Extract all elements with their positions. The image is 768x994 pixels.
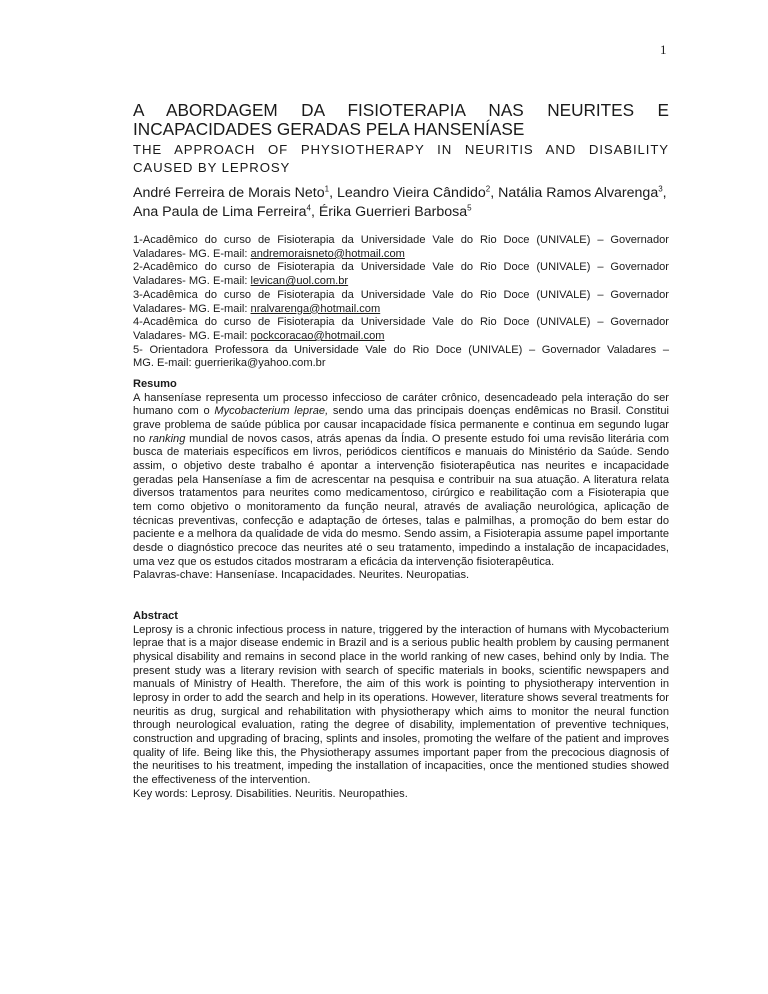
author-name: Érika Guerrieri Barbosa [319,204,467,220]
affiliation-prefix: Valadares- MG. E-mail: [133,248,251,260]
affiliation-text: 2-Acadêmico do curso de Fisioterapia da … [133,261,669,275]
email-link[interactable]: andremoraisneto@hotmail.com [251,248,405,260]
affiliation-text: 1-Acadêmico do curso de Fisioterapia da … [133,234,669,248]
page-number: 1 [660,42,667,58]
author-list: André Ferreira de Morais Neto1, Leandro … [133,184,669,221]
resumo-keywords: Palavras-chave: Hanseníase. Incapacidade… [133,569,669,583]
affiliations: 1-Acadêmico do curso de Fisioterapia da … [133,234,669,371]
abstract-keywords: Key words: Leprosy. Disabilities. Neurit… [133,788,669,802]
author-name: Leandro Vieira Cândido [337,185,486,201]
author-name: André Ferreira de Morais Neto [133,185,325,201]
author-name: Natália Ramos Alvarenga [498,185,658,201]
affiliation-contact: Valadares- MG. E-mail: pockcoracao@hotma… [133,330,669,344]
affiliation-text: 3-Acadêmica do curso de Fisioterapia da … [133,289,669,303]
affiliation-contact: Valadares- MG. E-mail: nralvarenga@hotma… [133,303,669,317]
affiliation-prefix: Valadares- MG. E-mail: [133,330,251,342]
author-mark: 3 [658,184,662,193]
author-mark: 1 [325,184,329,193]
affiliation-text: 4-Acadêmica do curso de Fisioterapia da … [133,316,669,330]
resumo-italic: ranking [149,433,185,445]
affiliation-prefix: Valadares- MG. E-mail: [133,303,251,315]
email-link[interactable]: levican@uol.com.br [251,275,349,287]
affiliation-text: 5- Orientadora Professora da Universidad… [133,344,669,358]
author-mark: 5 [467,203,471,212]
email-link[interactable]: nralvarenga@hotmail.com [251,303,381,315]
resumo-text: mundial de novos casos, atrás apenas da … [133,433,669,568]
title-line-2: INCAPACIDADES GERADAS PELA HANSENÍASE [133,119,524,139]
subtitle-line-2: CAUSED BY LEPROSY [133,160,290,175]
abstract-heading: Abstract [133,610,669,624]
author-name: Ana Paula de Lima Ferreira [133,204,307,220]
affiliation-prefix: Valadares- MG. E-mail: [133,275,251,287]
author-mark: 2 [486,184,490,193]
abstract-body: Leprosy is a chronic infectious process … [133,624,669,788]
affiliation-contact: Valadares- MG. E-mail: levican@uol.com.b… [133,275,669,289]
resumo-body: A hanseníase representa um processo infe… [133,392,669,570]
resumo-italic: Mycobacterium leprae, [214,405,328,417]
resumo-heading: Resumo [133,378,669,392]
paper-subtitle: THE APPROACH OF PHYSIOTHERAPY IN NEURITI… [133,141,669,177]
affiliation-contact: MG. E-mail: guerrierika@yahoo.com.br [133,357,669,371]
title-line-1: A ABORDAGEM DA FISIOTERAPIA NAS NEURITES… [133,101,669,120]
paper-title: A ABORDAGEM DA FISIOTERAPIA NAS NEURITES… [133,101,669,138]
resumo-section: Resumo A hanseníase representa um proces… [133,378,669,583]
author-mark: 4 [307,203,311,212]
subtitle-line-1: THE APPROACH OF PHYSIOTHERAPY IN NEURITI… [133,141,669,159]
email-link[interactable]: pockcoracao@hotmail.com [251,330,385,342]
affiliation-contact: Valadares- MG. E-mail: andremoraisneto@h… [133,248,669,262]
abstract-section: Abstract Leprosy is a chronic infectious… [133,610,669,801]
